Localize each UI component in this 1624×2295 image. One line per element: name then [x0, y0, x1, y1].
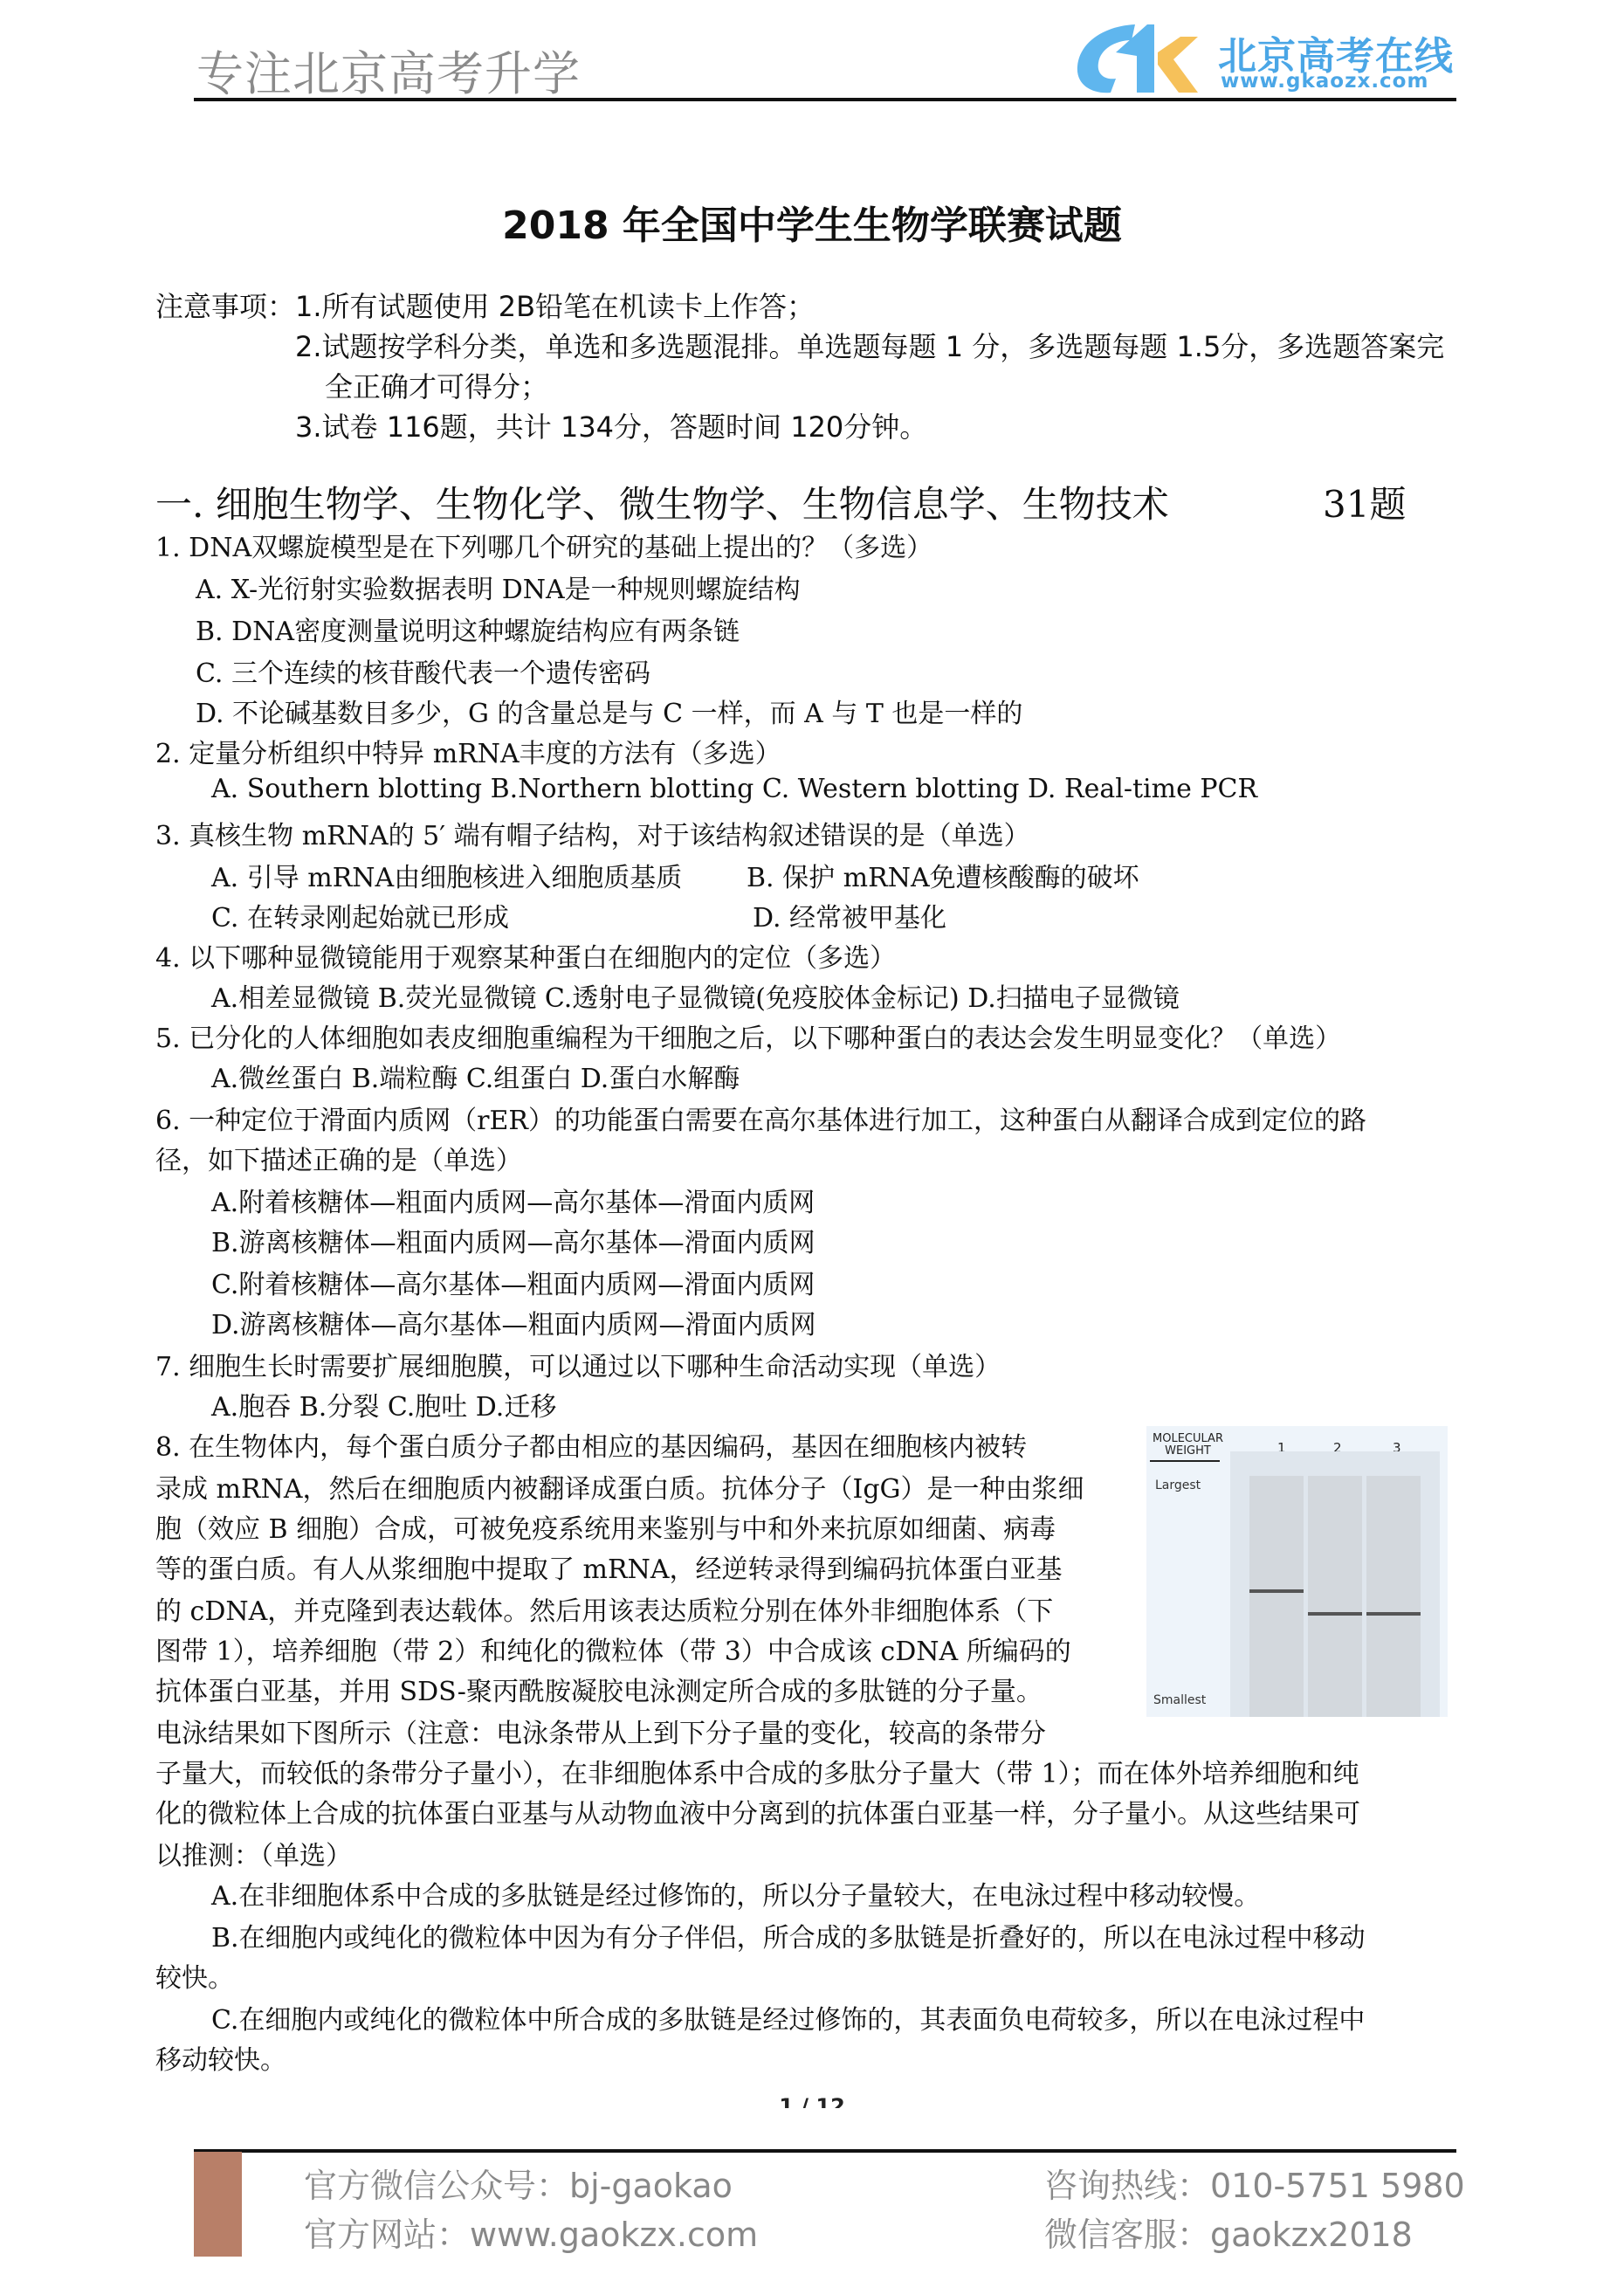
question-line: 移动较快。 — [155, 2038, 286, 2077]
footer-website[interactable]: 官方网站：www.gaokzx.com — [304, 2208, 758, 2256]
gel-band — [1308, 1612, 1362, 1616]
question-line: 的 cDNA，并克隆到表达载体。然后用该表达质粒分别在体外非细胞体系（下 — [155, 1589, 1053, 1628]
question-line: B.游离核糖体—粗面内质网—高尔基体—滑面内质网 — [211, 1221, 815, 1259]
gel-band — [1366, 1612, 1421, 1616]
footer-wechat-service: 微信客服：gaokzx2018 — [1044, 2208, 1413, 2256]
gel-band — [1249, 1589, 1304, 1593]
question-line: A.在非细胞体系中合成的多肽链是经过修饰的，所以分子量较大，在电泳过程中移动较慢… — [211, 1874, 1260, 1912]
question-line: 子量大，而较低的条带分子量小），在非细胞体系中合成的多肽分子量大（带 1）；而在… — [155, 1752, 1359, 1790]
gel-body — [1230, 1451, 1440, 1717]
question-line: C. 在转录刚起始就已形成 — [211, 896, 509, 934]
question-line: B.在细胞内或纯化的微粒体中因为有分子伴侣，所合成的多肽链是折叠好的，所以在电泳… — [211, 1916, 1366, 1954]
question-line: 2. 定量分析组织中特异 mRNA丰度的方法有（多选） — [155, 732, 781, 770]
gel-axis-underline — [1150, 1460, 1220, 1462]
section-count: 31题 — [1323, 476, 1406, 528]
question-line: A.相差显微镜 B.荧光显微镜 C.透射电子显微镜(免疫胶体金标记) D.扫描电… — [211, 976, 1180, 1015]
question-line: B. 保护 mRNA免遭核酸酶的破坏 — [747, 856, 1139, 894]
question-line: D. 经常被甲基化 — [753, 896, 946, 934]
question-line: 1. DNA双螺旋模型是在下列哪几个研究的基础上提出的？（多选） — [155, 526, 932, 564]
question-line: 电泳结果如下图所示（注意：电泳条带从上到下分子量的变化，较高的条带分 — [155, 1712, 1046, 1750]
header-divider — [194, 98, 1456, 101]
question-line: C. 三个连续的核苷酸代表一个遗传密码 — [196, 651, 650, 690]
question-line: A. Southern blotting B.Northern blotting… — [211, 774, 1257, 804]
question-line: B. DNA密度测量说明这种螺旋结构应有两条链 — [196, 610, 740, 648]
gel-lane-3 — [1366, 1476, 1421, 1717]
gel-axis-title: WEIGHT — [1146, 1445, 1229, 1458]
question-line: 径，如下描述正确的是（单选） — [155, 1139, 522, 1177]
question-line: C.在细胞内或纯化的微粒体中所合成的多肽链是经过修饰的，其表面负电荷较多，所以在… — [211, 1998, 1365, 2037]
gel-lane-2 — [1308, 1476, 1362, 1717]
footer-hotline: 咨询热线：010-5751 5980 — [1044, 2159, 1465, 2207]
question-line: D.游离核糖体—高尔基体—粗面内质网—滑面内质网 — [211, 1303, 816, 1341]
question-line: 较快。 — [155, 1956, 234, 1995]
notes-item: 2.试题按学科分类，单选和多选题混排。单选题每题 1 分，多选题每题 1.5分，… — [295, 325, 1444, 365]
question-line: 5. 已分化的人体细胞如表皮细胞重编程为干细胞之后，以下哪种蛋白的表达会发生明显… — [155, 1017, 1341, 1055]
notes-item: 1.所有试题使用 2B铅笔在机读卡上作答； — [295, 285, 815, 325]
page-title: 2018 年全国中学生生物学联赛试题 — [0, 194, 1624, 250]
footer-wechat-account: 官方微信公众号：bj-gaokao — [304, 2159, 733, 2207]
question-line: 化的微粒体上合成的抗体蛋白亚基与从动物血液中分离到的抗体蛋白亚基一样，分子量小。… — [155, 1792, 1360, 1830]
gel-electrophoresis-figure: MOLECULAR WEIGHT Largest Smallest 1 2 3 — [1146, 1426, 1448, 1717]
gk-logo-icon — [1067, 17, 1215, 98]
header-slogan: 专注北京高考升学 — [196, 37, 581, 104]
notes-item: 3.试卷 116题，共计 134分，答题时间 120分钟。 — [295, 405, 927, 445]
notes-label: 注意事项： — [155, 285, 295, 325]
question-line: 抗体蛋白亚基，并用 SDS-聚丙酰胺凝胶电泳测定所合成的多肽链的分子量。 — [155, 1670, 1043, 1708]
footer-accent-bar — [194, 2152, 242, 2257]
gel-top-label: Largest — [1155, 1478, 1201, 1492]
question-line: D. 不论碱基数目多少，G 的含量总是与 C 一样，而 A 与 T 也是一样的 — [196, 692, 1022, 730]
section-title: 一. 细胞生物学、生物化学、微生物学、生物信息学、生物技术 — [155, 476, 1169, 528]
question-line: A.胞吞 B.分裂 C.胞吐 D.迁移 — [211, 1385, 556, 1423]
logo-url[interactable]: www.gkaozx.com — [1221, 70, 1428, 93]
question-line: A.附着核糖体—粗面内质网—高尔基体—滑面内质网 — [211, 1181, 815, 1219]
question-line: 3. 真核生物 mRNA的 5′ 端有帽子结构，对于该结构叙述错误的是（单选） — [155, 814, 1030, 852]
question-line: 6. 一种定位于滑面内质网（rER）的功能蛋白需要在高尔基体进行加工，这种蛋白从… — [155, 1099, 1366, 1137]
footer-divider — [194, 2149, 1456, 2153]
question-line: 等的蛋白质。有人从浆细胞中提取了 mRNA，经逆转录得到编码抗体蛋白亚基 — [155, 1547, 1063, 1586]
question-line: 8. 在生物体内，每个蛋白质分子都由相应的基因编码，基因在细胞核内被转 — [155, 1425, 1027, 1464]
question-line: 以推测：（单选） — [155, 1834, 352, 1872]
gel-bottom-label: Smallest — [1153, 1693, 1206, 1707]
question-line: 4. 以下哪种显微镜能用于观察某种蛋白在细胞内的定位（多选） — [155, 936, 896, 975]
question-line: C.附着核糖体—高尔基体—粗面内质网—滑面内质网 — [211, 1263, 815, 1301]
question-line: 图带 1），培养细胞（带 2）和纯化的微粒体（带 3）中合成该 cDNA 所编码… — [155, 1630, 1071, 1668]
page-number: 1 / 12 — [0, 2094, 1624, 2108]
question-line: 录成 mRNA，然后在细胞质内被翻译成蛋白质。抗体分子（IgG）是一种由浆细 — [155, 1467, 1084, 1506]
question-line: A. 引导 mRNA由细胞核进入细胞质基质 — [211, 856, 682, 894]
notes-item: 全正确才可得分； — [325, 365, 548, 405]
question-line: A. X-光衍射实验数据表明 DNA是一种规则螺旋结构 — [196, 568, 801, 606]
question-line: 胞（效应 B 细胞）合成，可被免疫系统用来鉴别与中和外来抗原如细菌、病毒 — [155, 1507, 1056, 1546]
question-line: A.微丝蛋白 B.端粒酶 C.组蛋白 D.蛋白水解酶 — [211, 1057, 740, 1095]
question-line: 7. 细胞生长时需要扩展细胞膜，可以通过以下哪种生命活动实现（单选） — [155, 1345, 1001, 1383]
gel-axis-title: MOLECULAR — [1146, 1433, 1229, 1445]
gel-lane-1 — [1249, 1476, 1304, 1717]
